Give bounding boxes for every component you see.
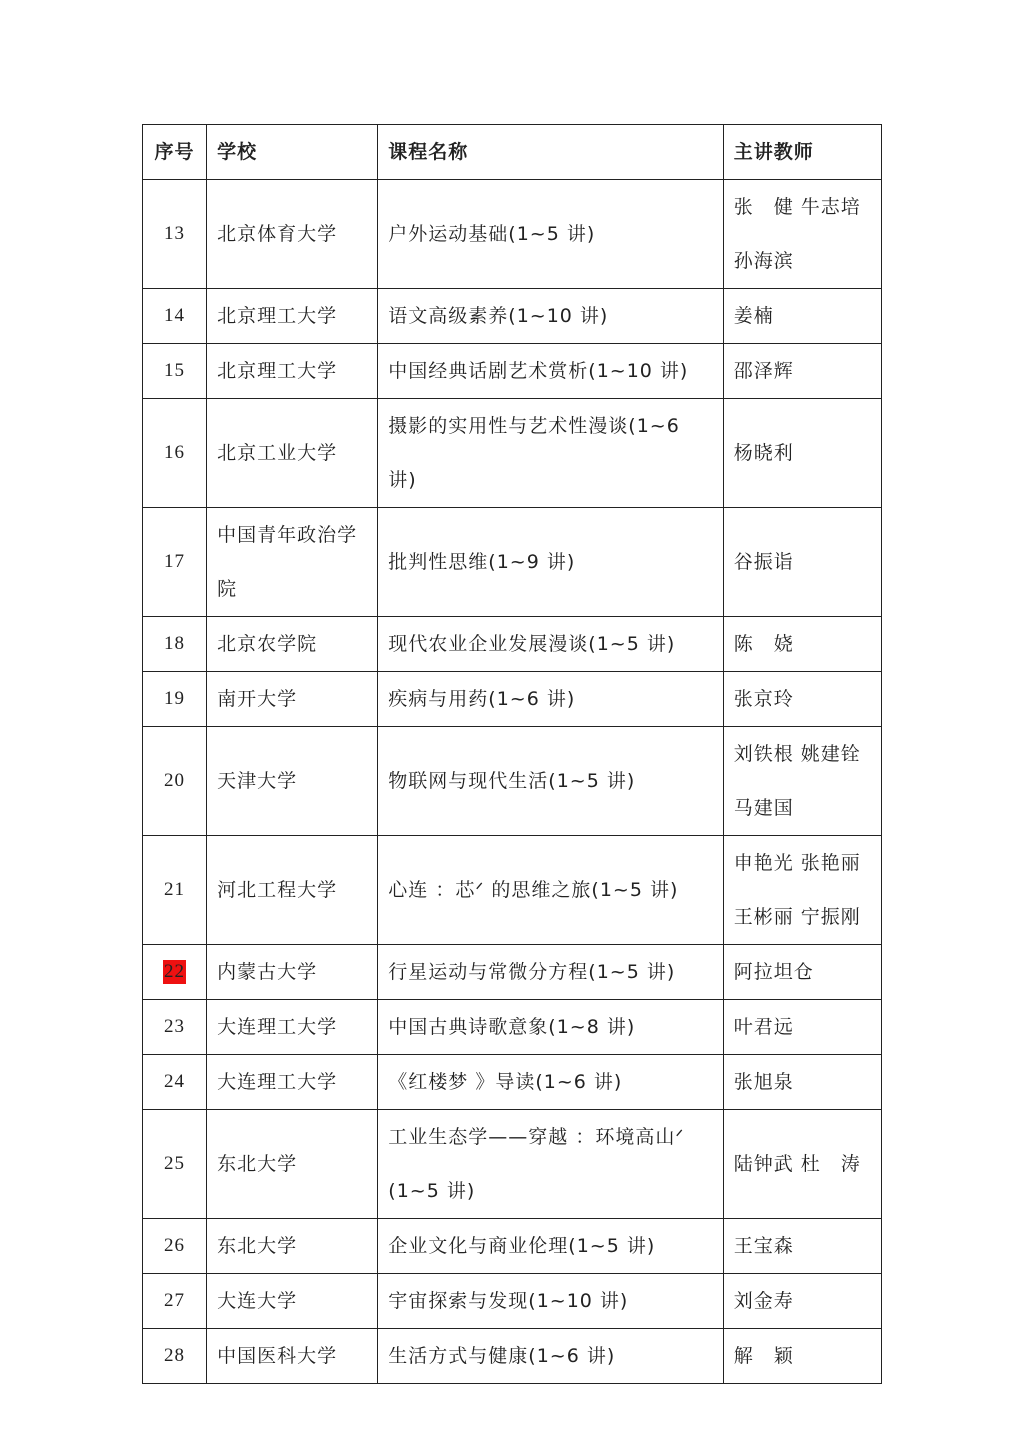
row-course: 行星运动与常微分方程(1~5 讲) xyxy=(378,945,723,1000)
row-num: 24 xyxy=(143,1055,207,1110)
row-course: 物联网与现代生活(1~5 讲) xyxy=(378,727,723,836)
table-row: 19 南开大学 疾病与用药(1~6 讲) 张京玲 xyxy=(143,672,882,727)
row-teacher: 张京玲 xyxy=(723,672,881,727)
row-num: 13 xyxy=(143,180,207,289)
row-num: 26 xyxy=(143,1219,207,1274)
row-teacher: 陆钟武 杜 涛 xyxy=(723,1110,881,1219)
table-row: 28 中国医科大学 生活方式与健康(1~6 讲) 解 颖 xyxy=(143,1329,882,1384)
row-num: 19 xyxy=(143,672,207,727)
row-school: 南开大学 xyxy=(207,672,378,727)
table-row: 16 北京工业大学 摄影的实用性与艺术性漫谈(1~6 讲) 杨晓利 xyxy=(143,399,882,508)
row-school: 大连大学 xyxy=(207,1274,378,1329)
row-teacher: 谷振诣 xyxy=(723,508,881,617)
row-teacher: 解 颖 xyxy=(723,1329,881,1384)
row-num: 18 xyxy=(143,617,207,672)
row-num: 17 xyxy=(143,508,207,617)
row-teacher: 张旭泉 xyxy=(723,1055,881,1110)
highlighted-row-number: 22 xyxy=(163,960,186,984)
row-teacher: 张 健 牛志培 孙海滨 xyxy=(723,180,881,289)
row-teacher: 阿拉坦仓 xyxy=(723,945,881,1000)
row-num: 16 xyxy=(143,399,207,508)
header-num: 序号 xyxy=(143,125,207,180)
row-course: 宇宙探索与发现(1~10 讲) xyxy=(378,1274,723,1329)
row-course: 心连 ：芯ᐟ 的思维之旅(1~5 讲) xyxy=(378,836,723,945)
row-course: 工业生态学——穿越 ：环境高山ᐟ (1~5 讲) xyxy=(378,1110,723,1219)
table-row: 21 河北工程大学 心连 ：芯ᐟ 的思维之旅(1~5 讲) 申艳光 张艳丽 王彬… xyxy=(143,836,882,945)
row-school: 河北工程大学 xyxy=(207,836,378,945)
row-course: 摄影的实用性与艺术性漫谈(1~6 讲) xyxy=(378,399,723,508)
row-num: 27 xyxy=(143,1274,207,1329)
document-page: 序号 学校 课程名称 主讲教师 13 北京体育大学 户外运动基础(1~5 讲) … xyxy=(0,0,1024,1448)
row-num: 14 xyxy=(143,289,207,344)
row-school: 北京体育大学 xyxy=(207,180,378,289)
row-school: 大连理工大学 xyxy=(207,1000,378,1055)
table-row: 24 大连理工大学 《红楼梦 》导读(1~6 讲) 张旭泉 xyxy=(143,1055,882,1110)
row-school: 中国青年政治学 院 xyxy=(207,508,378,617)
row-school: 北京农学院 xyxy=(207,617,378,672)
row-teacher: 申艳光 张艳丽 王彬丽 宁振刚 xyxy=(723,836,881,945)
table-row-highlighted: 22 内蒙古大学 行星运动与常微分方程(1~5 讲) 阿拉坦仓 xyxy=(143,945,882,1000)
row-school: 北京理工大学 xyxy=(207,344,378,399)
row-course: 企业文化与商业伦理(1~5 讲) xyxy=(378,1219,723,1274)
row-course: 现代农业企业发展漫谈(1~5 讲) xyxy=(378,617,723,672)
table-row: 27 大连大学 宇宙探索与发现(1~10 讲) 刘金寿 xyxy=(143,1274,882,1329)
row-school: 北京工业大学 xyxy=(207,399,378,508)
row-school: 东北大学 xyxy=(207,1219,378,1274)
header-teacher: 主讲教师 xyxy=(723,125,881,180)
table-row: 15 北京理工大学 中国经典话剧艺术赏析(1~10 讲) 邵泽辉 xyxy=(143,344,882,399)
row-school: 中国医科大学 xyxy=(207,1329,378,1384)
row-course: 生活方式与健康(1~6 讲) xyxy=(378,1329,723,1384)
table-header-row: 序号 学校 课程名称 主讲教师 xyxy=(143,125,882,180)
row-teacher: 王宝森 xyxy=(723,1219,881,1274)
course-table: 序号 学校 课程名称 主讲教师 13 北京体育大学 户外运动基础(1~5 讲) … xyxy=(142,124,882,1384)
row-teacher: 刘金寿 xyxy=(723,1274,881,1329)
row-course: 中国古典诗歌意象(1~8 讲) xyxy=(378,1000,723,1055)
row-course: 户外运动基础(1~5 讲) xyxy=(378,180,723,289)
table-row: 20 天津大学 物联网与现代生活(1~5 讲) 刘铁根 姚建铨 马建国 xyxy=(143,727,882,836)
row-teacher: 陈 娆 xyxy=(723,617,881,672)
row-course: 《红楼梦 》导读(1~6 讲) xyxy=(378,1055,723,1110)
row-course: 中国经典话剧艺术赏析(1~10 讲) xyxy=(378,344,723,399)
row-num: 20 xyxy=(143,727,207,836)
row-school: 大连理工大学 xyxy=(207,1055,378,1110)
header-course: 课程名称 xyxy=(378,125,723,180)
row-course: 语文高级素养(1~10 讲) xyxy=(378,289,723,344)
row-school: 内蒙古大学 xyxy=(207,945,378,1000)
row-teacher: 叶君远 xyxy=(723,1000,881,1055)
table-row: 26 东北大学 企业文化与商业伦理(1~5 讲) 王宝森 xyxy=(143,1219,882,1274)
row-school: 天津大学 xyxy=(207,727,378,836)
row-num: 21 xyxy=(143,836,207,945)
row-school: 东北大学 xyxy=(207,1110,378,1219)
table-row: 25 东北大学 工业生态学——穿越 ：环境高山ᐟ (1~5 讲) 陆钟武 杜 涛 xyxy=(143,1110,882,1219)
row-teacher: 邵泽辉 xyxy=(723,344,881,399)
row-course: 疾病与用药(1~6 讲) xyxy=(378,672,723,727)
table-row: 13 北京体育大学 户外运动基础(1~5 讲) 张 健 牛志培 孙海滨 xyxy=(143,180,882,289)
row-num: 25 xyxy=(143,1110,207,1219)
row-teacher: 姜楠 xyxy=(723,289,881,344)
table-row: 14 北京理工大学 语文高级素养(1~10 讲) 姜楠 xyxy=(143,289,882,344)
table-row: 18 北京农学院 现代农业企业发展漫谈(1~5 讲) 陈 娆 xyxy=(143,617,882,672)
row-num: 23 xyxy=(143,1000,207,1055)
row-num: 15 xyxy=(143,344,207,399)
row-num: 28 xyxy=(143,1329,207,1384)
table-row: 17 中国青年政治学 院 批判性思维(1~9 讲) 谷振诣 xyxy=(143,508,882,617)
table-row: 23 大连理工大学 中国古典诗歌意象(1~8 讲) 叶君远 xyxy=(143,1000,882,1055)
header-school: 学校 xyxy=(207,125,378,180)
row-teacher: 刘铁根 姚建铨 马建国 xyxy=(723,727,881,836)
row-school: 北京理工大学 xyxy=(207,289,378,344)
row-teacher: 杨晓利 xyxy=(723,399,881,508)
row-num: 22 xyxy=(143,945,207,1000)
row-course: 批判性思维(1~9 讲) xyxy=(378,508,723,617)
